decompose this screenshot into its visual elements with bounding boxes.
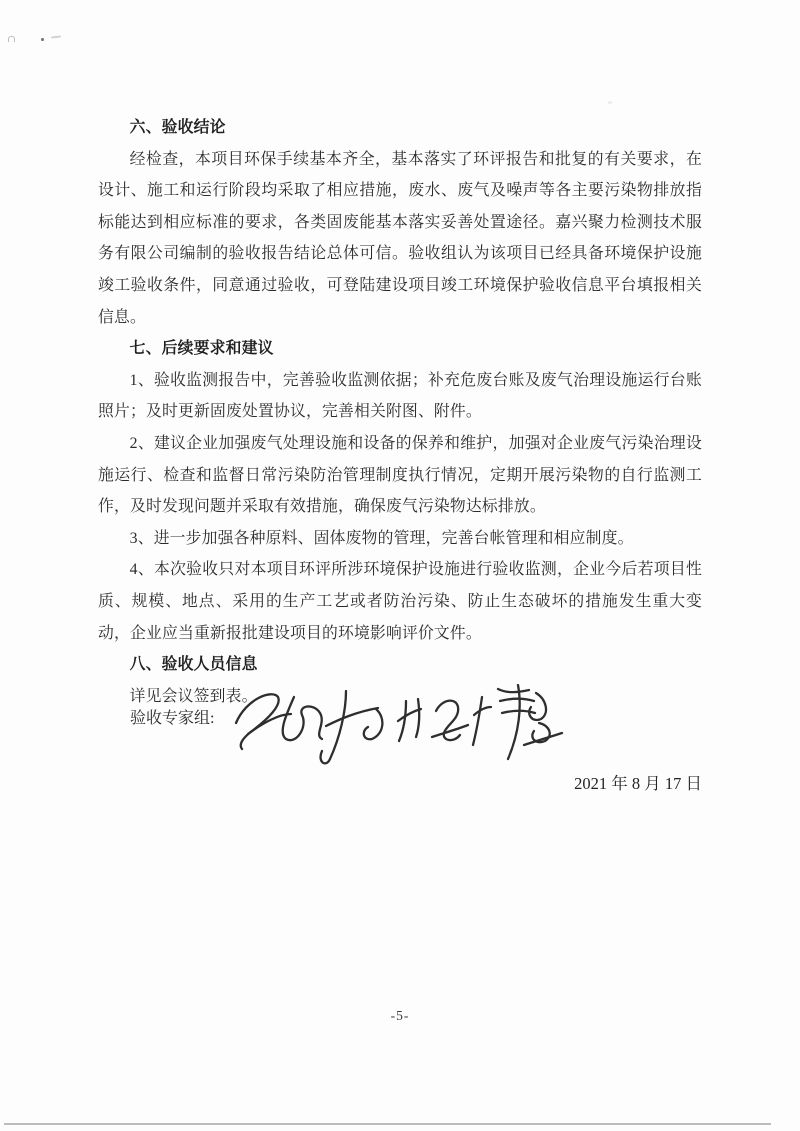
- signature-label: 验收专家组:: [130, 705, 214, 728]
- scan-smudge-mark: [51, 35, 61, 38]
- scan-page-edge-shadow: [4, 1123, 771, 1125]
- requirement-item-1: 1、验收监测报告中，完善验收监测依据；补充危废台账及废气治理设施运行台账照片；及…: [98, 365, 702, 428]
- signature-block: 验收专家组:: [98, 681, 702, 776]
- page-number: -5-: [0, 1008, 800, 1024]
- section-heading-conclusion: 六、验收结论: [98, 112, 702, 144]
- document-body: 六、验收结论 经检查，本项目环保手续基本齐全，基本落实了环评报告和批复的有关要求…: [98, 112, 702, 712]
- scan-smudge-mark: [8, 36, 15, 42]
- scan-faint-dot: [608, 101, 612, 104]
- requirement-item-4: 4、本次验收只对本项目环评所涉环境保护设施进行验收监测，企业今后若项目性质、规模…: [98, 554, 702, 649]
- section-heading-requirements: 七、后续要求和建议: [98, 333, 702, 365]
- handwritten-signatures: [228, 681, 568, 773]
- document-date: 2021 年 8 月 17 日: [98, 770, 702, 794]
- requirement-item-3: 3、进一步加强各种原料、固体废物的管理，完善台帐管理和相应制度。: [98, 523, 702, 555]
- section-heading-personnel: 八、验收人员信息: [98, 649, 702, 681]
- handwritten-signature-1-icon: [236, 691, 382, 763]
- requirement-item-2: 2、建议企业加强废气处理设施和设备的保养和维护，加强对企业废气污染治理设施运行、…: [98, 428, 702, 523]
- handwritten-signature-2-icon: [398, 699, 468, 741]
- scan-dot-mark: [41, 38, 44, 41]
- handwritten-signature-3-icon: [473, 685, 562, 759]
- conclusion-paragraph: 经检查，本项目环保手续基本齐全，基本落实了环评报告和批复的有关要求，在设计、施工…: [98, 144, 702, 334]
